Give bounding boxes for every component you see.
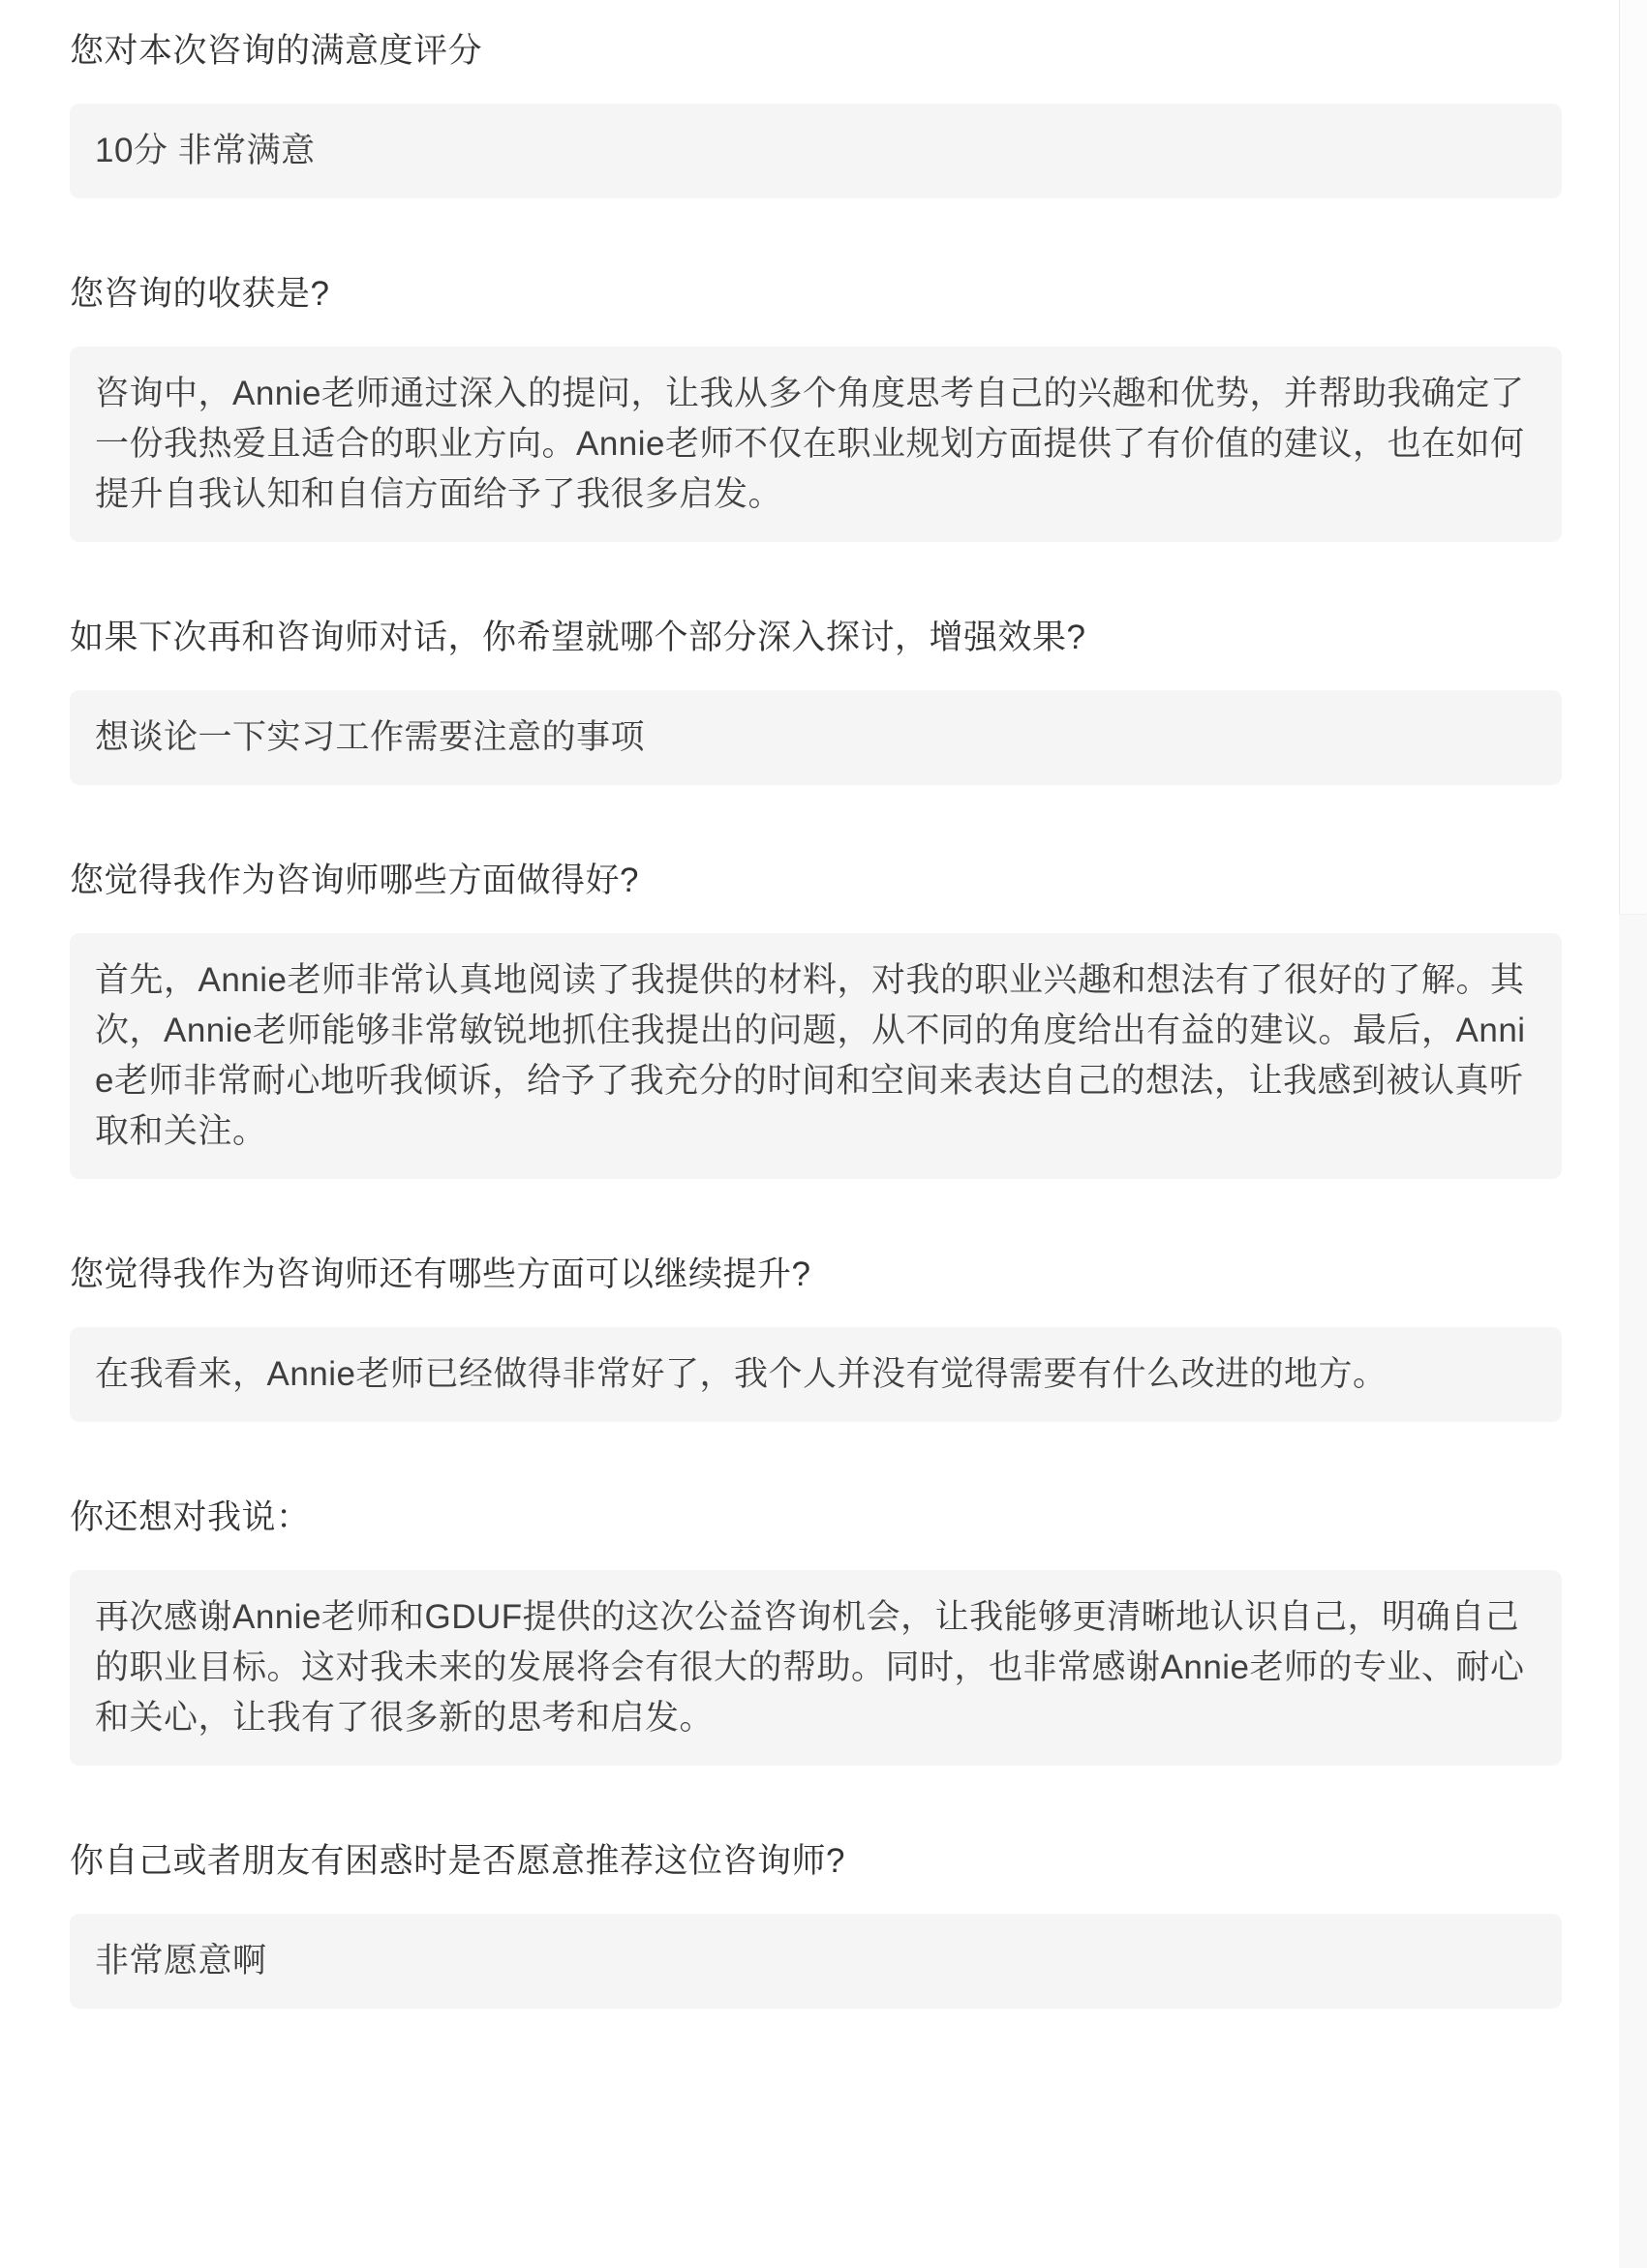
answer-text: 再次感谢Annie老师和GDUF提供的这次公益咨询机会，让我能够更清晰地认识自己… [95,1592,1537,1743]
answer-text: 首先，Annie老师非常认真地阅读了我提供的材料，对我的职业兴趣和想法有了很好的… [95,955,1537,1157]
answer-box: 再次感谢Annie老师和GDUF提供的这次公益咨询机会，让我能够更清晰地认识自己… [70,1570,1562,1766]
scrollbar-track[interactable] [1619,0,1647,2268]
feedback-form: 您对本次咨询的满意度评分 10分 非常满意 您咨询的收获是? 咨询中，Annie… [70,0,1562,2009]
qa-item: 您对本次咨询的满意度评分 10分 非常满意 [70,26,1562,198]
qa-item: 您咨询的收获是? 咨询中，Annie老师通过深入的提问，让我从多个角度思考自己的… [70,269,1562,542]
answer-text: 非常愿意啊 [95,1936,1537,1986]
question-label: 您咨询的收获是? [70,269,1562,319]
question-label: 您觉得我作为咨询师哪些方面做得好? [70,856,1562,906]
question-label: 你还想对我说： [70,1493,1562,1543]
answer-box: 在我看来，Annie老师已经做得非常好了，我个人并没有觉得需要有什么改进的地方。 [70,1327,1562,1422]
qa-item: 您觉得我作为咨询师哪些方面做得好? 首先，Annie老师非常认真地阅读了我提供的… [70,856,1562,1179]
answer-box: 想谈论一下实习工作需要注意的事项 [70,690,1562,785]
answer-text: 想谈论一下实习工作需要注意的事项 [95,712,1537,763]
qa-item: 如果下次再和咨询师对话，你希望就哪个部分深入探讨，增强效果? 想谈论一下实习工作… [70,613,1562,785]
qa-item: 您觉得我作为咨询师还有哪些方面可以继续提升? 在我看来，Annie老师已经做得非… [70,1250,1562,1422]
answer-text: 在我看来，Annie老师已经做得非常好了，我个人并没有觉得需要有什么改进的地方。 [95,1349,1537,1400]
answer-text: 10分 非常满意 [95,126,1537,176]
answer-box: 首先，Annie老师非常认真地阅读了我提供的材料，对我的职业兴趣和想法有了很好的… [70,933,1562,1179]
question-label: 您对本次咨询的满意度评分 [70,26,1562,76]
question-label: 如果下次再和咨询师对话，你希望就哪个部分深入探讨，增强效果? [70,613,1562,663]
scrollbar-thumb[interactable] [1619,0,1647,915]
answer-text: 咨询中，Annie老师通过深入的提问，让我从多个角度思考自己的兴趣和优势，并帮助… [95,369,1537,520]
answer-box: 10分 非常满意 [70,104,1562,198]
qa-item: 你自己或者朋友有困惑时是否愿意推荐这位咨询师? 非常愿意啊 [70,1836,1562,2009]
feedback-response-page: 您对本次咨询的满意度评分 10分 非常满意 您咨询的收获是? 咨询中，Annie… [0,0,1647,2268]
question-label: 你自己或者朋友有困惑时是否愿意推荐这位咨询师? [70,1836,1562,1887]
answer-box: 咨询中，Annie老师通过深入的提问，让我从多个角度思考自己的兴趣和优势，并帮助… [70,347,1562,542]
qa-item: 你还想对我说： 再次感谢Annie老师和GDUF提供的这次公益咨询机会，让我能够… [70,1493,1562,1766]
question-label: 您觉得我作为咨询师还有哪些方面可以继续提升? [70,1250,1562,1300]
answer-box: 非常愿意啊 [70,1914,1562,2009]
